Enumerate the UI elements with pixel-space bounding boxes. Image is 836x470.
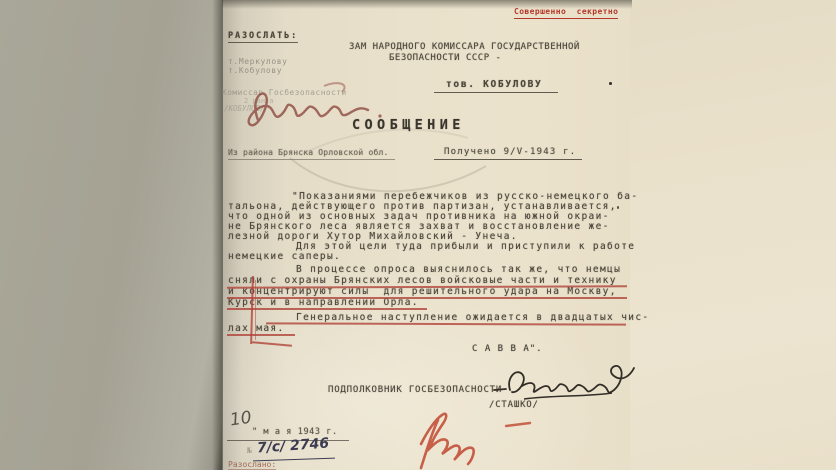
paper-left-edge-shadow xyxy=(212,0,223,470)
received-line: Получено 9/V-1943 г. xyxy=(444,147,576,157)
agent-codename: С А В В А". xyxy=(472,344,543,354)
ink-speck xyxy=(609,82,612,85)
recipient-line-1: ЗАМ НАРОДНОГО КОМИССАРА ГОСУДАРСТВЕННОЙ xyxy=(349,42,580,52)
red-underline-5 xyxy=(227,334,295,336)
red-margin-line-2 xyxy=(255,280,257,340)
paragraph-line: сняли с охраны Брянских лесов войсковые … xyxy=(228,275,621,286)
paragraph-1: "Показаниями перебежчиков из русско-неме… xyxy=(228,192,638,262)
distribute-name-2: т.Кобулову xyxy=(228,66,282,75)
background-right-blur xyxy=(630,0,836,470)
number-sign: № xyxy=(247,446,252,455)
red-underline-2 xyxy=(227,297,627,299)
distribute-label: РАЗОСЛАТЬ: xyxy=(228,31,298,43)
recipient-name: тов. КОБУЛОВУ xyxy=(446,79,542,90)
distribute-name-1: т.Меркулову xyxy=(228,57,288,66)
background-left-blur xyxy=(0,0,222,470)
ink-speck xyxy=(617,206,619,209)
origin-line: Из района Брянска Орловской обл. xyxy=(228,148,395,160)
signature-stashko-ink xyxy=(492,360,637,408)
received-underline xyxy=(434,159,582,160)
paragraph-line: Генеральное наступление ожидается в двад… xyxy=(228,312,649,323)
document-title: СООБЩЕНИЕ xyxy=(352,117,465,133)
signer-title: ПОДПОЛКОВНИК ГОСБЕЗОПАСНОСТИ xyxy=(328,385,502,395)
red-underline-3 xyxy=(227,308,427,310)
handwritten-day: 10 xyxy=(229,408,253,431)
scanned-document: Совершенно секретно РАЗОСЛАТЬ: т.Меркуло… xyxy=(0,0,836,470)
classification-stamp: Совершенно секретно xyxy=(514,7,618,19)
paragraph-line: В процессе опроса выяснилось так же, что… xyxy=(228,264,621,275)
signature-red-pencil xyxy=(406,402,566,470)
recipient-name-underline xyxy=(434,92,558,93)
recipient-line-2: БЕЗОПАСНОСТИ СССР - xyxy=(389,53,501,63)
paragraph-line: Курск и в направлении Орла. xyxy=(228,297,621,308)
paragraph-line: немецкие саперы. xyxy=(228,252,638,262)
